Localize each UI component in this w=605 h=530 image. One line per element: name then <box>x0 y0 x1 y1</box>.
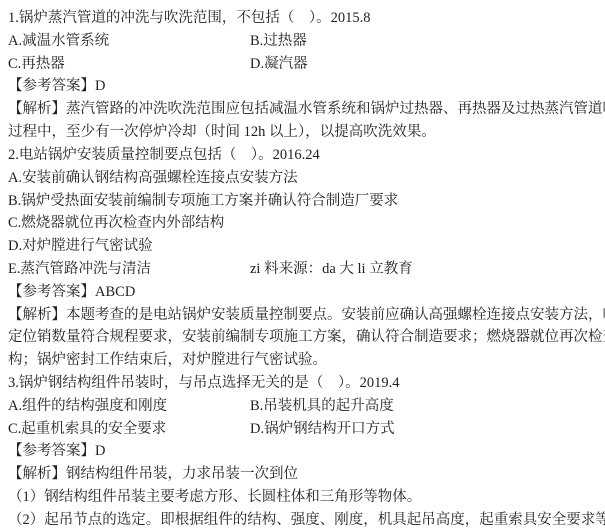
option-d: D.凝汽器 <box>250 53 308 76</box>
analysis-line: （1）钢结构组件吊装主要考虑方形、长圆柱体和三角形等物体。 <box>8 486 601 509</box>
analysis-text: （1）钢结构组件吊装主要考虑方形、长圆柱体和三角形等物体。 <box>8 489 421 505</box>
option-row: A.组件的结构强度和刚度 B.吊装机具的起升高度 <box>8 395 601 418</box>
question-stem: 1.锅炉蒸汽管道的冲洗与吹洗范围，不包括（ ）。2015.8 <box>8 7 601 30</box>
option-row: C.燃烧器就位再次检查内外部结构 <box>8 212 601 235</box>
option-c: C.起重机索具的安全要求 <box>8 421 166 437</box>
question-block-2: 2.电站锅炉安装质量控制要点包括（ ）。2016.24 A.安装前确认钢结构高强… <box>8 144 601 372</box>
option-d: D.对炉膛进行气密试验 <box>8 238 153 254</box>
option-row: E.蒸汽管路冲洗与清洁 zi 料来源：da 大 li 立教育 <box>8 258 601 281</box>
question-stem-text: 3.锅炉钢结构组件吊装时，与吊点选择无关的是（ ）。2019.4 <box>8 375 400 391</box>
analysis-line: 【解析】钢结构组件吊装，力求吊装一次到位 <box>8 463 601 486</box>
analysis-line: 【解析】本题考查的是电站锅炉安装质量控制要点。安装前应确认高强螺栓连接点安装方法… <box>8 304 601 327</box>
question-block-1: 1.锅炉蒸汽管道的冲洗与吹洗范围，不包括（ ）。2015.8 A.减温水管系统 … <box>8 7 601 144</box>
option-a: A.安装前确认钢结构高强螺栓连接点安装方法 <box>8 170 298 186</box>
analysis-text: 过程中，至少有一次停炉冷却（时间 12h 以上），以提高吹洗效果。 <box>8 124 436 140</box>
answer-value: D <box>95 443 105 459</box>
reference-answer-line: 【参考答案】D <box>8 440 601 463</box>
option-b: B.过热器 <box>250 30 307 53</box>
option-row: A.减温水管系统 B.过热器 <box>8 30 601 53</box>
analysis-line: 【解析】蒸汽管路的冲洗吹洗范围应包括减温水管系统和锅炉过热器、再热器及过热蒸汽管… <box>8 98 601 121</box>
analysis-text: 构；锅炉密封工作结束后，对炉膛进行气密试验。 <box>8 352 327 368</box>
exam-document-page: 1.锅炉蒸汽管道的冲洗与吹洗范围，不包括（ ）。2015.8 A.减温水管系统 … <box>0 0 605 530</box>
analysis-text: 【解析】蒸汽管路的冲洗吹洗范围应包括减温水管系统和锅炉过热器、再热器及过热蒸汽管… <box>8 101 605 117</box>
reference-answer-line: 【参考答案】D <box>8 75 601 98</box>
option-row: B.锅炉受热面安装前编制专项施工方案并确认符合制造厂要求 <box>8 190 601 213</box>
answer-value: ABCD <box>95 284 135 300</box>
analysis-line: 定位销数量符合规程要求，安装前编制专项施工方案，确认符合制造要求；燃烧器就位再次… <box>8 326 601 349</box>
reference-answer-line: 【参考答案】ABCD <box>8 281 601 304</box>
question-stem: 3.锅炉钢结构组件吊装时，与吊点选择无关的是（ ）。2019.4 <box>8 372 601 395</box>
option-e: E.蒸汽管路冲洗与清洁 <box>8 261 151 277</box>
option-row: C.再热器 D.凝汽器 <box>8 53 601 76</box>
watermark-source-text: zi 料来源：da 大 li 立教育 <box>250 258 413 281</box>
answer-label: 【参考答案】 <box>8 78 95 94</box>
analysis-line: （2）起吊节点的选定。即根据组件的结构、强度、刚度，机具起吊高度，起重索具安全要… <box>8 509 601 530</box>
analysis-text: （2）起吊节点的选定。即根据组件的结构、强度、刚度，机具起吊高度，起重索具安全要… <box>8 512 605 528</box>
option-row: C.起重机索具的安全要求 D.锅炉钢结构开口方式 <box>8 418 601 441</box>
answer-label: 【参考答案】 <box>8 443 95 459</box>
option-row: D.对炉膛进行气密试验 <box>8 235 601 258</box>
analysis-text: 【解析】本题考查的是电站锅炉安装质量控制要点。安装前应确认高强螺栓连接点安装方法… <box>8 307 605 323</box>
option-d: D.锅炉钢结构开口方式 <box>250 418 395 441</box>
analysis-text: 【解析】钢结构组件吊装，力求吊装一次到位 <box>8 466 298 482</box>
option-b: B.吊装机具的起升高度 <box>250 395 394 418</box>
option-c: C.再热器 <box>8 56 65 72</box>
option-c: C.燃烧器就位再次检查内外部结构 <box>8 215 224 231</box>
answer-label: 【参考答案】 <box>8 284 95 300</box>
option-row: A.安装前确认钢结构高强螺栓连接点安装方法 <box>8 167 601 190</box>
question-block-3: 3.锅炉钢结构组件吊装时，与吊点选择无关的是（ ）。2019.4 A.组件的结构… <box>8 372 601 530</box>
option-b: B.锅炉受热面安装前编制专项施工方案并确认符合制造厂要求 <box>8 193 398 209</box>
question-stem-text: 1.锅炉蒸汽管道的冲洗与吹洗范围，不包括（ ）。2015.8 <box>8 10 371 26</box>
question-stem-text: 2.电站锅炉安装质量控制要点包括（ ）。2016.24 <box>8 147 320 163</box>
option-a: A.减温水管系统 <box>8 33 109 49</box>
analysis-line: 构；锅炉密封工作结束后，对炉膛进行气密试验。 <box>8 349 601 372</box>
analysis-text: 定位销数量符合规程要求，安装前编制专项施工方案，确认符合制造要求；燃烧器就位再次… <box>8 329 605 345</box>
analysis-line: 过程中，至少有一次停炉冷却（时间 12h 以上），以提高吹洗效果。 <box>8 121 601 144</box>
answer-value: D <box>95 78 105 94</box>
option-a: A.组件的结构强度和刚度 <box>8 398 167 414</box>
question-stem: 2.电站锅炉安装质量控制要点包括（ ）。2016.24 <box>8 144 601 167</box>
